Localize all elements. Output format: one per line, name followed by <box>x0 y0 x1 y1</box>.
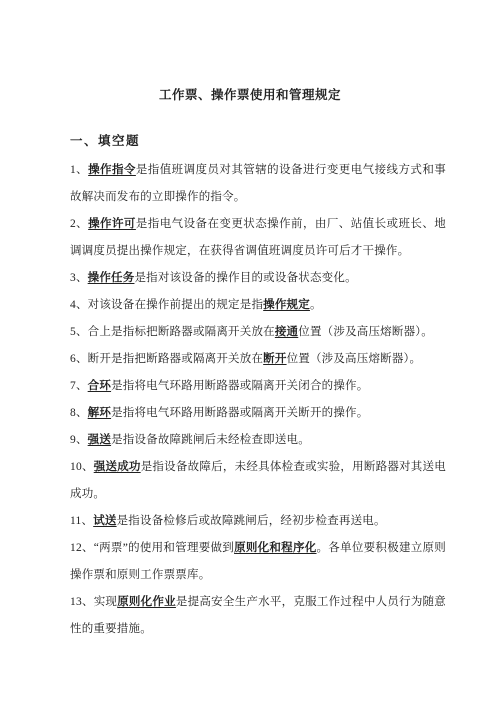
key-term: 强送成功 <box>94 461 141 473</box>
key-term: 操作规定 <box>263 299 310 311</box>
item-text: 10、 <box>70 461 94 473</box>
list-item: 13、实现原则化作业是提高安全生产水平，克服工作过程中人员行为随意性的重要措施。 <box>70 589 446 643</box>
list-item: 2、操作许可是指电气设备在变更状态操作前，由厂、站值长或班长、地调调度员提出操作… <box>70 211 446 265</box>
item-text: 3、 <box>70 272 88 284</box>
item-text: 是指将电气环路用断路器或隔离开关闭合的操作。 <box>111 380 368 392</box>
list-item: 11、试送是指设备检修后或故障跳闸后，经初步检查再送电。 <box>70 508 446 535</box>
list-item: 12、“两票”的使用和管理要做到原则化和程序化。各单位要积极建立原则操作票和原则… <box>70 535 446 589</box>
item-text: 4、对该设备在操作前提出的规定是指 <box>70 299 263 311</box>
key-term: 操作许可 <box>88 218 136 230</box>
item-text: 13、实现 <box>70 596 117 608</box>
item-text: 1、 <box>70 164 88 176</box>
key-term: 原则化作业 <box>117 596 176 608</box>
list-item: 9、强送是指设备故障跳闸后未经检查即送电。 <box>70 427 446 454</box>
key-term: 试送 <box>93 515 116 527</box>
list-item: 8、解环是指将电气环路用断路器或隔离开关断开的操作。 <box>70 400 446 427</box>
key-term: 强送 <box>88 434 111 446</box>
item-text: 8、 <box>70 407 88 419</box>
list-item: 7、合环是指将电气环路用断路器或隔离开关闭合的操作。 <box>70 373 446 400</box>
list-item: 3、操作任务是指对该设备的操作目的或设备状态变化。 <box>70 265 446 292</box>
list-item: 10、强送成功是指设备故障后，未经具体检查或实验，用断路器对其送电成功。 <box>70 454 446 508</box>
key-term: 操作任务 <box>88 272 135 284</box>
item-text: 7、 <box>70 380 88 392</box>
key-term: 原则化和程序化 <box>234 542 316 554</box>
item-text: 5、合上是指标把断路器或隔离开关放在 <box>70 326 275 338</box>
item-text: 是指对该设备的操作目的或设备状态变化。 <box>134 272 356 284</box>
question-list: 1、操作指令是指值班调度员对其管辖的设备进行变更电气接线方式和事故解决而发布的立… <box>70 157 446 643</box>
item-text: 12、“两票”的使用和管理要做到 <box>70 542 234 554</box>
key-term: 操作指令 <box>88 164 136 176</box>
key-term: 断开 <box>263 353 286 365</box>
item-text: 是指设备故障跳闸后未经检查即送电。 <box>111 434 310 446</box>
key-term: 合环 <box>88 380 111 392</box>
key-term: 解环 <box>88 407 111 419</box>
item-text: 位置（涉及高压熔断器）。 <box>298 326 433 338</box>
item-text: 是指将电气环路用断路器或隔离开关断开的操作。 <box>111 407 368 419</box>
section-heading: 一、填空题 <box>70 133 500 150</box>
document-page: 工作票、操作票使用和管理规定 一、填空题 1、操作指令是指值班调度员对其管辖的设… <box>0 0 500 707</box>
list-item: 1、操作指令是指值班调度员对其管辖的设备进行变更电气接线方式和事故解决而发布的立… <box>70 157 446 211</box>
list-item: 6、断开是指把断路器或隔离开关放在断开位置（涉及高压熔断器）。 <box>70 346 446 373</box>
item-text: 2、 <box>70 218 88 230</box>
item-text: 是指设备检修后或故障跳闸后，经初步检查再送电。 <box>117 515 386 527</box>
key-term: 接通 <box>275 326 298 338</box>
list-item: 4、对该设备在操作前提出的规定是指操作规定。 <box>70 292 446 319</box>
item-text: 。 <box>310 299 322 311</box>
item-text: 位置（涉及高压熔断器）。 <box>287 353 422 365</box>
item-text: 11、 <box>70 515 93 527</box>
list-item: 5、合上是指标把断路器或隔离开关放在接通位置（涉及高压熔断器）。 <box>70 319 446 346</box>
item-text: 9、 <box>70 434 88 446</box>
document-title: 工作票、操作票使用和管理规定 <box>0 0 500 104</box>
item-text: 6、断开是指把断路器或隔离开关放在 <box>70 353 263 365</box>
